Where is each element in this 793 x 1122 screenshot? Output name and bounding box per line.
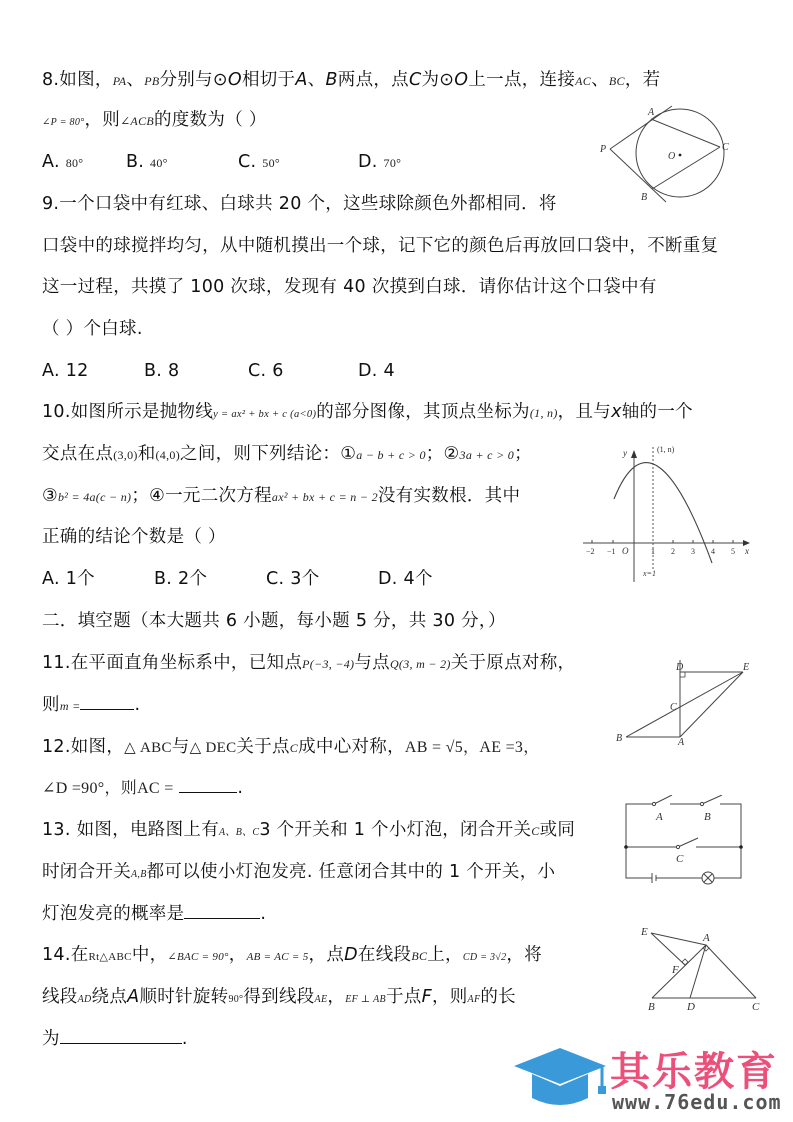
answer-blank[interactable] (179, 776, 237, 793)
text: 交点在点 (42, 444, 113, 464)
text: 关于原点对称， (451, 653, 576, 673)
label-e: E (742, 662, 749, 673)
q10-line2: 交点在点(3,0)和(4,0)之间，则下列结论：①a − b + c > 0；②… (42, 442, 532, 467)
q13-line3: 灯泡发亮的概率是. (42, 902, 266, 926)
math-point-4-0: (4,0) (156, 448, 181, 462)
text: A (127, 987, 139, 1007)
brand-name: 其乐教育 (610, 1040, 778, 1097)
text: 在线段 (358, 945, 411, 965)
label-a: A (702, 932, 710, 944)
option-a: A. 12 (42, 359, 144, 383)
label-d: D (675, 662, 684, 673)
option-value: 80° (66, 156, 84, 170)
text: ，点 (309, 945, 345, 965)
q13-line2: 时闭合开关A,B都可以使小灯泡发亮. 任意闭合其中的 1 个开关，小 (42, 860, 555, 887)
math-bc: BC (609, 74, 625, 88)
q9-options: A. 12B. 8C. 6D. 4 (42, 359, 395, 383)
option-b: B. 40° (126, 150, 238, 175)
math-conclusion-2: 3a + c > 0 (460, 448, 515, 462)
option-value: 8 (168, 361, 179, 381)
option-label: D. (358, 152, 378, 172)
switch-c-label: C (676, 853, 684, 865)
math-bc: BC (411, 949, 427, 963)
label-d: D (686, 1001, 695, 1012)
text: . (134, 695, 140, 715)
option-value: 3个 (290, 569, 319, 589)
text: 中， (132, 945, 168, 965)
q8-line1: 8.如图，PA、PB分别与⊙O相切于A、B两点，点C为⊙O上一点，连接AC、BC… (42, 68, 660, 93)
math-angle-p: ∠P = 80° (42, 117, 84, 128)
text: 上一点，连接 (468, 70, 575, 90)
text: 于点 (386, 987, 422, 1007)
math-ef-perp-ab: EF ⊥ AB (345, 994, 386, 1005)
math-triangle-dec: △ DEC (190, 740, 237, 756)
math-ab-ac: AB = AC = 5 (247, 951, 309, 963)
text: 顺时针旋转 (139, 987, 228, 1007)
q14-line1: 14.在Rt△ABC中，∠BAC = 90°，AB = AC = 5，点D在线段… (42, 943, 542, 970)
option-a: A. 80° (42, 150, 126, 175)
option-label: C. (238, 152, 256, 172)
option-c: C. 3个 (266, 567, 378, 591)
text: O (454, 70, 468, 90)
math-point-p: P(−3, −4) (302, 657, 354, 671)
label-c: C (670, 702, 677, 713)
text: 灯泡发亮的概率是 (42, 904, 184, 924)
option-label: D. (358, 361, 378, 381)
text: . (182, 1029, 188, 1049)
q10-line1: 10.如图所示是抛物线y = ax² + bx + c (a<0)的部分图像，其… (42, 400, 693, 427)
text: 两点，点 (338, 70, 409, 90)
switch-b-label: B (704, 811, 711, 823)
text: 分别与⊙ (160, 70, 228, 90)
text: B (325, 70, 337, 90)
option-value: 70° (384, 156, 402, 170)
tick-label: 3 (691, 547, 695, 556)
text: 10.如图所示是抛物线 (42, 402, 213, 422)
q9-line3: 这一过程，共摸了 100 次球，发现有 40 次摸到白球．请你估计这个口袋中有 (42, 275, 657, 299)
text: 的长 (480, 987, 516, 1007)
option-value: 4个 (404, 569, 433, 589)
text: x (611, 402, 622, 422)
math-ae: AE (315, 994, 328, 1005)
option-label: C. (248, 361, 266, 381)
option-value: 50° (262, 156, 280, 170)
q11-line1: 11.在平面直角坐标系中，已知点P(−3, −4)与点Q(3, m − 2)关于… (42, 651, 575, 676)
label-a: A (677, 737, 685, 745)
text: 线段 (42, 987, 78, 1007)
option-value: 2个 (178, 569, 207, 589)
tick-label: 1 (651, 547, 655, 556)
text: 成中心对称， (298, 737, 405, 757)
q12-line1: 12.如图，△ ABC与△ DEC关于点C成中心对称，AB = √5，AE =3… (42, 735, 540, 760)
text: ，则 (432, 987, 468, 1007)
math-c: C (290, 741, 298, 755)
text: 13. 如图，电路图上有 (42, 820, 219, 840)
switch-a-label: A (655, 811, 663, 823)
math-parabola-eq: y = ax² + bx + c (a<0) (213, 409, 316, 420)
label-f: F (671, 964, 679, 976)
tick-label: −1 (607, 547, 616, 556)
brand-url: www.76edu.com (612, 1090, 782, 1114)
text: ， (229, 945, 247, 965)
q10-line4: 正确的结论个数是（ ） (42, 525, 226, 549)
math-angle-bac: ∠BAC = 90° (167, 951, 228, 963)
math-m: m = (60, 699, 81, 713)
text: O (228, 70, 242, 90)
q12-line2: ∠D =90°，则AC = . (42, 776, 243, 801)
text: ③ (42, 486, 58, 506)
option-label: A. (42, 569, 60, 589)
option-d: D. 70° (358, 150, 401, 175)
text: ，且与 (558, 402, 611, 422)
text: 、 (308, 70, 326, 90)
text: ，将 (506, 945, 542, 965)
q13-line1: 13. 如图，电路图上有A、B、C3 个开关和 1 个小灯泡，闭合开关C或同 (42, 818, 575, 845)
option-d: D. 4 (358, 359, 395, 383)
q9-line4: （ ）个白球. (42, 317, 143, 341)
q12-triangle-figure: D E C B A (610, 660, 755, 745)
text: 与点 (354, 653, 390, 673)
math-angle-acb: ∠ACB (120, 114, 154, 128)
math-switch-c: C (531, 824, 539, 838)
text: ； (514, 444, 532, 464)
q8-circle-figure: A B C P O (596, 102, 746, 208)
text: 时闭合开关 (42, 862, 131, 882)
text: 和 (138, 444, 156, 464)
math-point-q: Q(3, m − 2) (390, 657, 451, 671)
q14-line2: 线段AD绕点A顺时针旋转90°得到线段AE，EF ⊥ AB于点F，则AF的长 (42, 985, 516, 1012)
option-value: 1个 (66, 569, 95, 589)
answer-blank[interactable] (60, 1027, 182, 1044)
label-b: B (648, 1001, 655, 1012)
text: 相切于 (242, 70, 295, 90)
text: 轴的一个 (622, 402, 693, 422)
vertex-label: (1, n) (657, 445, 675, 454)
q11-line2: 则m =. (42, 693, 140, 718)
tick-label: −2 (586, 547, 595, 556)
text: 得到线段 (243, 987, 314, 1007)
math-vertex: (1, n) (530, 406, 558, 420)
text: 12.如图， (42, 737, 124, 757)
label-c: C (722, 142, 729, 153)
math-90deg: 90° (228, 994, 243, 1005)
math-triangle-abc: △ ABC (124, 740, 172, 756)
graduation-cap-icon (510, 1046, 610, 1110)
label-b: B (616, 733, 622, 744)
text: F (422, 987, 432, 1007)
option-value: 4 (384, 361, 395, 381)
text: 的度数为（ ） (154, 110, 267, 130)
text: 都可以使小灯泡发亮. 任意闭合其中的 1 个开关，小 (147, 862, 556, 882)
option-b: B. 2个 (154, 567, 266, 591)
text: 3 个开关和 1 个小灯泡，闭合开关 (259, 820, 531, 840)
option-label: B. (126, 152, 144, 172)
tick-label: 5 (731, 547, 735, 556)
tick-label: 4 (711, 547, 715, 556)
option-b: B. 8 (144, 359, 248, 383)
option-d: D. 4个 (378, 567, 433, 591)
watermark-logo: 其乐教育 www.76edu.com (510, 1038, 790, 1118)
text: ，则 (84, 110, 120, 130)
text: 关于点 (236, 737, 289, 757)
text: . (237, 778, 243, 798)
option-label: A. (42, 361, 60, 381)
text: A (295, 70, 307, 90)
option-value: 6 (272, 361, 283, 381)
q10-parabola-figure: y x O (1, n) x=1 −2 −1 1 2 3 4 5 (575, 442, 755, 587)
q9-line1: 9.一个口袋中有红球、白球共 20 个，这些球除颜色外都相同．将 (42, 192, 557, 216)
math-rt-triangle: Rt△ABC (89, 951, 132, 963)
label-p: P (599, 144, 606, 155)
text: 8.如图， (42, 70, 113, 90)
option-c: C. 50° (238, 150, 358, 175)
text: 或同 (540, 820, 576, 840)
symmetry-axis-label: x=1 (642, 569, 656, 578)
math-conclusion-3: b² = 4a(c − n) (58, 490, 131, 504)
option-c: C. 6 (248, 359, 358, 383)
text: 之间，则下列结论：① (180, 444, 356, 464)
option-label: A. (42, 152, 60, 172)
q8-line2: ∠P = 80°，则∠ACB的度数为（ ） (42, 108, 267, 135)
math-angle-d: ∠D =90°，则AC = (42, 780, 174, 797)
y-axis-label: y (622, 448, 627, 458)
section-title: 二．填空题（本大题共 6 小题，每小题 5 分，共 30 分，） (42, 609, 506, 633)
math-point-3-0: (3,0) (113, 448, 138, 462)
text: 11.在平面直角坐标系中，已知点 (42, 653, 302, 673)
math-cd: CD = 3√2 (463, 952, 507, 963)
math-pa: PA (113, 74, 127, 88)
text: D (344, 945, 358, 965)
text: 的部分图像，其顶点坐标为 (316, 402, 530, 422)
text: 上， (427, 945, 463, 965)
origin-label: O (622, 546, 629, 556)
option-label: B. (154, 569, 172, 589)
text: ，若 (625, 70, 661, 90)
label-b: B (641, 192, 647, 203)
text: 没有实数根．其中 (378, 486, 520, 506)
text: C (409, 70, 422, 90)
text: 则 (42, 695, 60, 715)
math-ad: AD (78, 994, 92, 1005)
answer-blank[interactable] (80, 693, 134, 710)
text: 为 (42, 1029, 60, 1049)
math-af: AF (468, 994, 481, 1005)
label-c: C (752, 1001, 760, 1012)
text: . (260, 904, 266, 924)
math-switches-ab: A,B (131, 869, 147, 880)
q14-line3: 为. (42, 1027, 188, 1051)
math-conclusion-1: a − b + c > 0 (356, 448, 426, 462)
q10-line3: ③b² = 4a(c − n)；④一元二次方程ax² + bx + c = n … (42, 484, 520, 509)
text: 为⊙ (422, 70, 455, 90)
q8-options: A. 80°B. 40°C. 50°D. 70° (42, 150, 401, 175)
option-value: 12 (66, 361, 89, 381)
option-label: D. (378, 569, 398, 589)
option-label: B. (144, 361, 162, 381)
text: 、 (126, 70, 144, 90)
label-o: O (668, 151, 675, 162)
q10-options: A. 1个B. 2个C. 3个D. 4个 (42, 567, 433, 591)
q14-triangle-figure: E A F B D C (636, 922, 761, 1012)
text: ；④一元二次方程 (131, 486, 272, 506)
tick-label: 2 (671, 547, 675, 556)
label-a: A (647, 107, 655, 118)
text: 绕点 (92, 987, 128, 1007)
answer-blank[interactable] (184, 902, 260, 919)
text: 14.在 (42, 945, 89, 965)
math-switches-abc: A、B、C (219, 827, 259, 838)
text: ；② (426, 444, 460, 464)
x-axis-label: x (744, 546, 749, 556)
label-e: E (640, 926, 648, 938)
math-ab-ae: AB = √5，AE =3， (405, 739, 540, 756)
q13-circuit-figure: A B C (620, 795, 750, 885)
math-ac: AC (575, 74, 591, 88)
option-a: A. 1个 (42, 567, 154, 591)
text: 、 (591, 70, 609, 90)
option-label: C. (266, 569, 284, 589)
text: ， (327, 987, 345, 1007)
math-conclusion-4: ax² + bx + c = n − 2 (272, 490, 378, 504)
math-pb: PB (144, 74, 159, 88)
q9-line2: 口袋中的球搅拌均匀，从中随机摸出一个球，记下它的颜色后再放回口袋中，不断重复 (42, 234, 718, 258)
option-value: 40° (150, 156, 168, 170)
text: 与 (172, 737, 190, 757)
